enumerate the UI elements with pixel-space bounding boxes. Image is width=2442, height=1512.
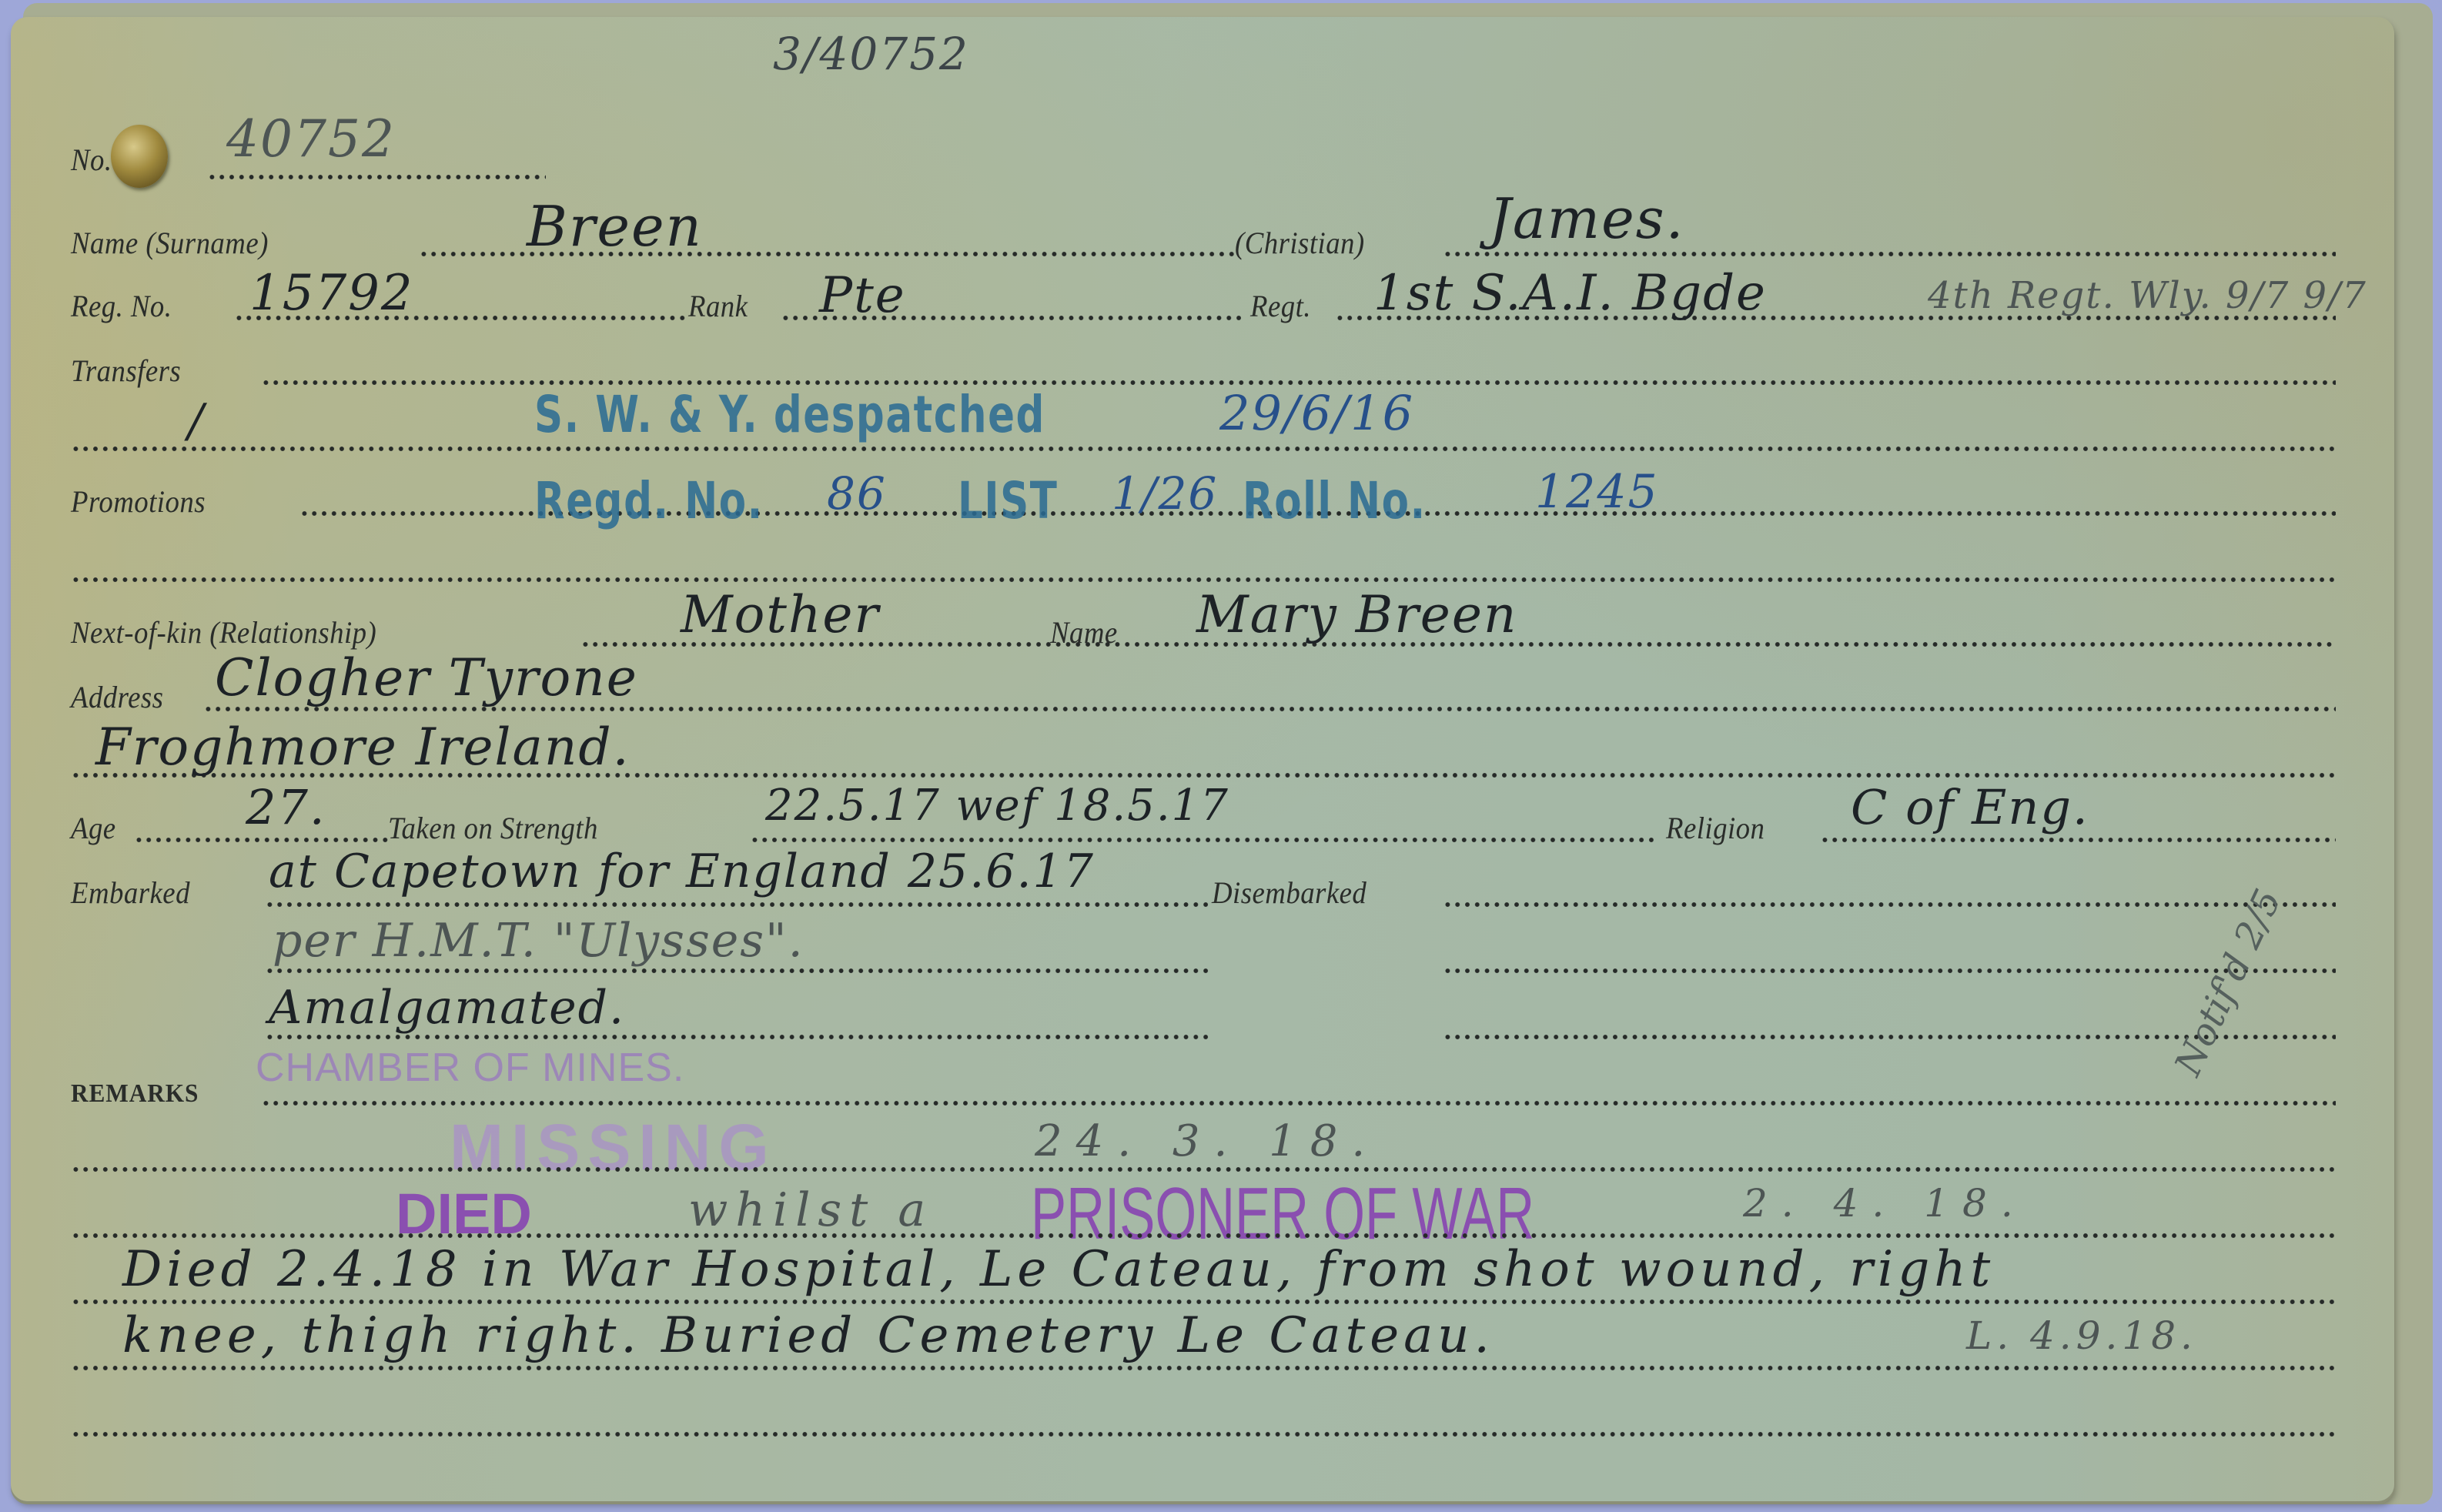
christian-name-value: James. [1489,186,1685,251]
ship-value: per H.M.T. "Ulysses". [273,914,805,968]
transfers-mark: / [188,394,205,448]
dotted-line [71,1366,2336,1370]
rank-value: Pte [819,267,906,324]
file-number-value: 40752 [226,109,396,169]
despatch-date: 29/6/16 [1219,385,1414,441]
taken-on-strength-label: Taken on Strength [388,810,598,846]
dotted-line [207,175,546,179]
margin-pencil-note: Notif'd 2/5 [2166,883,2290,1082]
reg-no-value: 15792 [249,265,414,322]
dotted-line [134,838,388,842]
dotted-line [265,1035,1212,1039]
kin-name-label: Name [1050,614,1118,651]
dotted-line [71,1432,2336,1437]
missing-date: 24. 3. 18. [1035,1116,1379,1166]
reg-no-label: Reg. No. [71,288,172,324]
embarked-label: Embarked [71,875,190,911]
list-value: 1/26 [1112,467,1218,520]
employer-value: Amalgamated. [269,981,625,1035]
dotted-line [71,1233,2336,1238]
top-reference-number: 3/40752 [773,28,969,80]
relationship-value: Mother [681,585,880,644]
disembarked-label: Disembarked [1212,875,1367,911]
dotted-line [265,902,1212,907]
dotted-line [71,447,2336,451]
religion-value: C of Eng. [1851,779,2089,835]
rank-label: Rank [688,288,748,324]
despatch-stamp-line1: S. W. & Y. despatched [534,385,1045,444]
surname-value: Breen [527,194,703,259]
embarked-value: at Capetown for England 25.6.17 [269,845,1095,898]
remarks-note-line2: knee, thigh right. Buried Cemetery Le Ca… [122,1307,1494,1364]
age-value: 27. [246,779,326,835]
pow-date: 2. 4. 18. [1743,1181,2027,1226]
age-label: Age [71,810,116,846]
address-line1: Clogher Tyrone [215,648,638,707]
dotted-line [265,968,1212,973]
file-number-label: No. [71,142,112,178]
transfers-label: Transfers [71,353,181,389]
roll-no-value: 1245 [1535,465,1659,519]
missing-stamp: MISSING [450,1110,777,1185]
dotted-line [71,1300,2336,1304]
died-connector: whilst a [688,1183,933,1237]
address-line2: Froghmore Ireland. [95,718,631,777]
dotted-line [750,838,1658,842]
surname-label: Name (Surname) [71,225,269,261]
christian-name-label: (Christian) [1235,225,1365,261]
service-record-card: 3/40752 No. 40752 Name (Surname) Breen (… [11,17,2394,1501]
chamber-of-mines-stamp: CHAMBER OF MINES. [256,1045,684,1091]
regiment-value: 1st S.A.I. Bgde [1373,265,1767,322]
dotted-line [1443,968,2336,973]
address-label: Address [71,679,163,715]
dotted-line [1820,838,2336,842]
promotions-label: Promotions [71,483,206,520]
regd-no-value: 86 [827,467,887,520]
remarks-note-date: L. 4.9.18. [1966,1313,2197,1358]
next-of-kin-label: Next-of-kin (Relationship) [71,614,376,651]
list-label: LIST [958,471,1058,530]
dotted-line [71,577,2336,582]
remarks-label: REMARKS [71,1079,199,1109]
kin-name-value: Mary Breen [1196,585,1517,644]
dotted-line [1443,902,2336,907]
religion-label: Religion [1666,810,1765,846]
brass-rivet-icon [111,125,168,188]
remarks-note-line1: Died 2.4.18 in War Hospital, Le Cateau, … [122,1241,1995,1298]
regiment-label: Regt. [1250,288,1311,324]
dotted-line [1443,252,2336,256]
dotted-line [261,1101,2336,1106]
taken-on-strength-value: 22.5.17 wef 18.5.17 [765,781,1229,831]
roll-no-label: Roll No. [1243,471,1427,530]
regiment-extra: 4th Regt. Wly. 9/7 9/7 [1928,274,2367,317]
despatch-stamp-line2: Regd. No. [534,471,764,530]
